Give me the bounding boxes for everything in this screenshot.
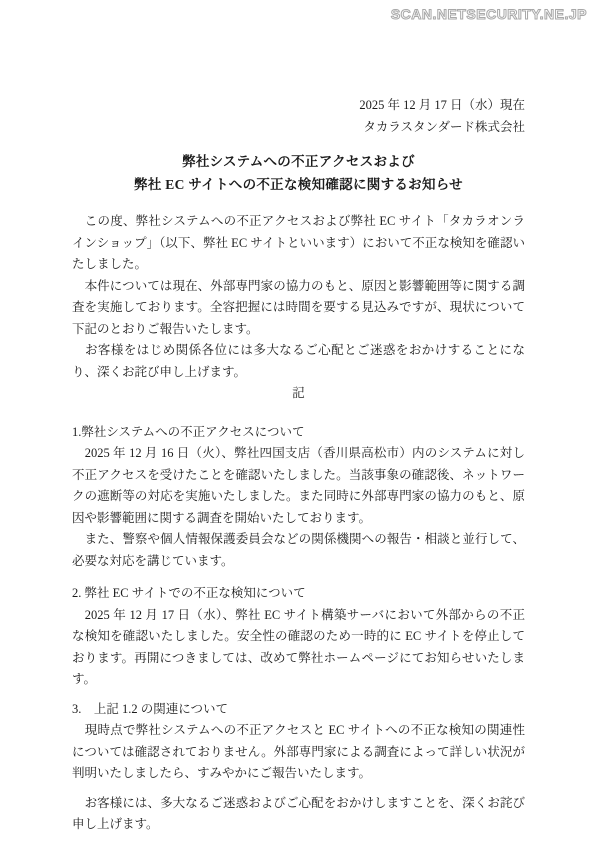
section-2: 2. 弊社 EC サイトでの不正な検知について 2025 年 12 月 17 日… (72, 583, 525, 691)
section-1-paragraph-2: また、警察や個人情報保護委員会などの関係機関への報告・相談と並行して、必要な対応… (72, 529, 525, 572)
document-content: 2025 年 12 月 17 日（水）現在 タカラスタンダード株式会社 弊社シス… (72, 0, 525, 836)
closing-paragraph: お客様には、多大なるご迷惑およびご心配をおかけしますことを、深くお詫び申し上げま… (72, 793, 525, 836)
section-2-heading: 2. 弊社 EC サイトでの不正な検知について (72, 583, 525, 605)
notice-title-line2: 弊社 EC サイトへの不正な検知確認に関するお知らせ (72, 174, 525, 197)
intro-paragraph-3: お客様をはじめ関係各位には多大なるご心配とご迷惑をおかけすることになり、深くお詫… (72, 340, 525, 383)
intro-block: この度、弊社システムへの不正アクセスおよび弊社 EC サイト「タカラオンラインシ… (72, 211, 525, 405)
section-1: 1.弊社システムへの不正アクセスについて 2025 年 12 月 16 日（火）… (72, 422, 525, 573)
notice-title: 弊社システムへの不正アクセスおよび 弊社 EC サイトへの不正な検知確認に関する… (72, 151, 525, 196)
section-1-heading: 1.弊社システムへの不正アクセスについて (72, 422, 525, 444)
document-page: SCAN.NETSECURITY.NE.JP 2025 年 12 月 17 日（… (0, 0, 595, 841)
header-date-line: 2025 年 12 月 17 日（水）現在 (72, 94, 525, 116)
section-1-paragraph-1: 2025 年 12 月 16 日（火）、弊社四国支店（香川県高松市）内のシステム… (72, 443, 525, 529)
notice-title-line1: 弊社システムへの不正アクセスおよび (72, 151, 525, 174)
header-company-line: タカラスタンダード株式会社 (72, 116, 525, 138)
section-2-paragraph-1: 2025 年 12 月 17 日（水）、弊社 EC サイト構築サーバにおいて外部… (72, 605, 525, 691)
intro-paragraph-1: この度、弊社システムへの不正アクセスおよび弊社 EC サイト「タカラオンラインシ… (72, 211, 525, 276)
ki-marker: 記 (72, 383, 525, 405)
document-header: 2025 年 12 月 17 日（水）現在 タカラスタンダード株式会社 (72, 94, 525, 138)
section-3: 3. 上記 1.2 の関連について 現時点で弊社システムへの不正アクセスと EC… (72, 699, 525, 785)
section-3-heading: 3. 上記 1.2 の関連について (72, 699, 525, 721)
intro-paragraph-2: 本件については現在、外部専門家の協力のもと、原因と影響範囲等に関する調査を実施し… (72, 276, 525, 341)
section-3-paragraph-1: 現時点で弊社システムへの不正アクセスと EC サイトへの不正な検知の関連性につい… (72, 720, 525, 785)
